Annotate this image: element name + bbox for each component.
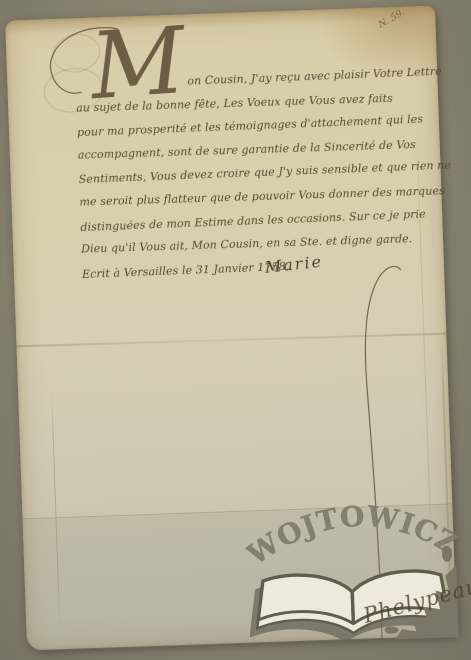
watermark-text-node: WOJTOWICZ bbox=[244, 498, 463, 572]
watermark-text: WOJTOWICZ bbox=[244, 498, 463, 572]
horizontal-crease bbox=[16, 333, 446, 348]
photo-backdrop: N. 59. M on Cousin, J'ay reçu avec plais… bbox=[0, 0, 471, 660]
letter-body: on Cousin, J'ay reçu avec plaisir Votre … bbox=[75, 61, 442, 286]
letter-paper: N. 59. M on Cousin, J'ay reçu avec plais… bbox=[5, 6, 457, 651]
edge-chip bbox=[442, 545, 453, 561]
